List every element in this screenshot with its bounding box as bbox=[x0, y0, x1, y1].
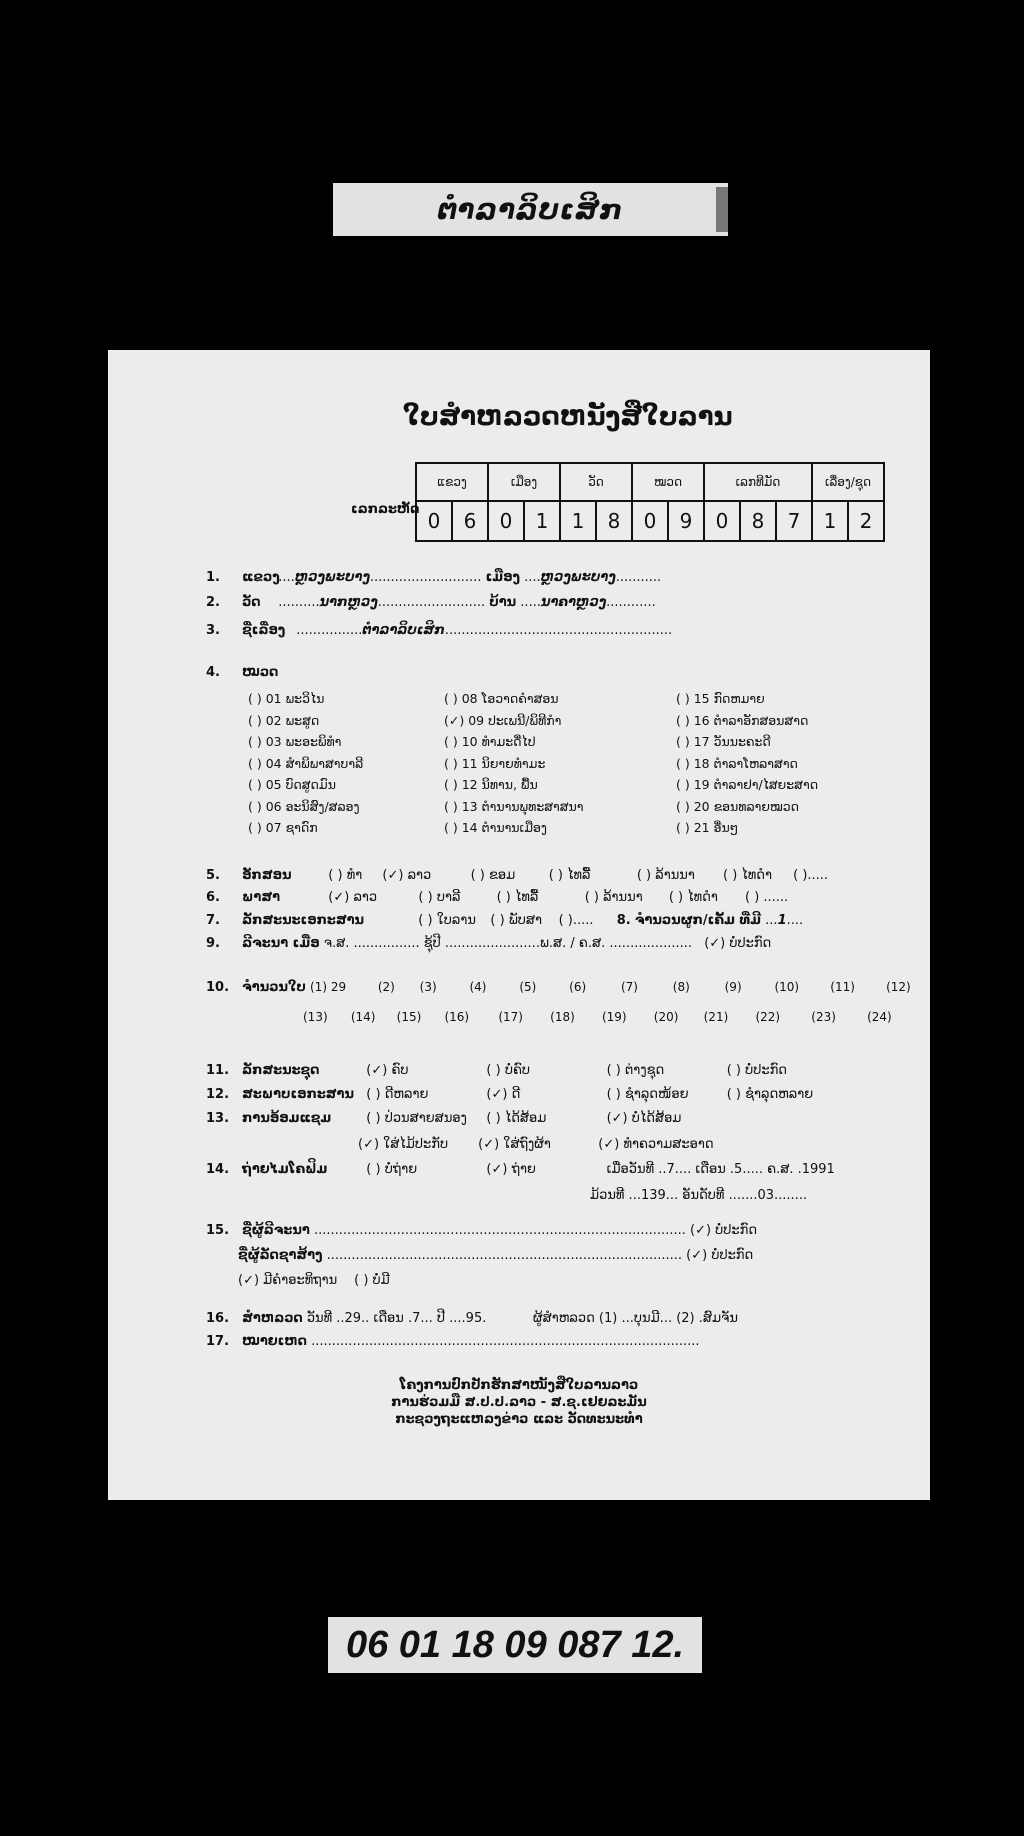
code-digit: 1 bbox=[812, 501, 848, 541]
category-col-1: ( ) 01 ພະວິໄນ ( ) 02 ພະສູດ ( ) 03 ພະອະພິ… bbox=[248, 688, 363, 839]
repair-option[interactable]: ( ) ໄດ້ສ້ອມ bbox=[486, 1111, 602, 1126]
code-digit: 9 bbox=[668, 501, 704, 541]
category-option[interactable]: ( ) 13 ຕຳນານພຸທະສາສນາ bbox=[444, 796, 584, 818]
microfilm-date: ເມື່ອວັນທີ ..7.... ເດືອນ .5..... ຄ.ສ. .1… bbox=[607, 1162, 835, 1177]
category-option[interactable]: ( ) 14 ຕຳນານເມືອງ bbox=[444, 817, 584, 839]
category-option[interactable]: ( ) 01 ພະວິໄນ bbox=[248, 688, 363, 710]
language-option[interactable]: ( ) ໄທດຳ bbox=[669, 890, 741, 905]
script-option[interactable]: ( ) ຂອມ bbox=[471, 868, 545, 883]
surveyor-names: ຜູ້ສຳຫລວດ (1) ...ບຸນມີ... (2) .ສົມຈັນ bbox=[533, 1311, 738, 1326]
field-survey-date: 16. ສຳຫລວດ ວັນທີ ..29.. ເດືອນ .7... ປີ .… bbox=[206, 1311, 738, 1326]
code-digit: 0 bbox=[488, 501, 524, 541]
field-microfilm: 14. ຖ່າຍໄມໂຄຟິມ ( ) ບໍ່ຖ່າຍ (✓) ຖ່າຍ ເມື… bbox=[206, 1162, 835, 1177]
script-option[interactable]: ( ) ໄທດຳ bbox=[723, 868, 789, 883]
code-label: ເລກລະຫັດ bbox=[351, 502, 420, 517]
code-digit: 0 bbox=[632, 501, 668, 541]
script-option[interactable]: ( ) ທຳ bbox=[328, 868, 378, 883]
wish-option[interactable]: ( ) ບໍ່ມີ bbox=[354, 1273, 390, 1288]
microfilm-code-label: 06 01 18 09 087 12. bbox=[328, 1617, 702, 1673]
category-option[interactable]: ( ) 20 ຂອນທລາຍໝວດ bbox=[676, 796, 818, 818]
code-header: ເລກທີມັດ bbox=[704, 463, 812, 501]
script-option[interactable]: ( ) ໄທລື້ bbox=[549, 868, 633, 883]
repair-option-checked[interactable]: (✓) ໃສ່ຖົງຜ້າ bbox=[478, 1137, 594, 1152]
microfilm-code-text: 06 01 18 09 087 12. bbox=[346, 1624, 684, 1667]
category-option[interactable]: ( ) 18 ຕຳລາໂຫລາສາດ bbox=[676, 753, 818, 775]
field-written-date: 9. ລີຈະນາ ເມື່ອ ຈ.ສ. ................ ຊຸ… bbox=[206, 936, 771, 951]
field-repair: 13. ການອ້ອມແຊມ ( ) ປ່ວນສາຍສນອງ ( ) ໄດ້ສ້… bbox=[206, 1111, 681, 1126]
category-option[interactable]: ( ) 17 ວັນນະຄະດີ bbox=[676, 731, 818, 753]
written-date-unknown-option[interactable]: (✓) ບໍ່ປະກົດ bbox=[704, 936, 771, 951]
organization-footer: ໂຄງການປົກປັກຮັກສາໜັງສືໃບລານລາວ ການຮ່ວມມື… bbox=[108, 1377, 930, 1428]
field-condition: 12. ສະພາບເອກະສານ ( ) ດີຫລາຍ (✓) ດີ ( ) ຊ… bbox=[206, 1087, 813, 1102]
category-option[interactable]: ( ) 08 ໂອວາດຄຳສອນ bbox=[444, 688, 584, 710]
field-sponsor: ຊື່ຜູ້ລັດຊາສ້າງ ........................… bbox=[238, 1248, 753, 1263]
category-option-checked[interactable]: (✓) 09 ປະເພນີ/ພິທີກຳ bbox=[444, 710, 584, 732]
doctype-option[interactable]: ( ) ພັບສາ bbox=[490, 913, 554, 928]
field-wish: (✓) ມີຄຳອະທິຖານ ( ) ບໍ່ມີ bbox=[238, 1273, 390, 1288]
code-digit: 1 bbox=[560, 501, 596, 541]
completeness-option-checked[interactable]: (✓) ຄົບ bbox=[366, 1063, 482, 1078]
condition-option[interactable]: ( ) ຊຳລຸດໜ້ອຍ bbox=[607, 1087, 723, 1102]
field-author: 15. ຊື່ຜູ້ລີຈະນາ .......................… bbox=[206, 1223, 757, 1238]
microfilm-option[interactable]: ( ) ບໍ່ຖ່າຍ bbox=[366, 1162, 482, 1177]
repair-option-checked[interactable]: (✓) ທຳຄວາມສະອາດ bbox=[598, 1137, 713, 1152]
sponsor-unknown-option[interactable]: (✓) ບໍ່ປະກົດ bbox=[686, 1248, 753, 1263]
doctype-option[interactable]: ( )..... bbox=[559, 913, 613, 928]
code-header: ວັດ bbox=[560, 463, 632, 501]
condition-option-checked[interactable]: (✓) ດີ bbox=[486, 1087, 602, 1102]
microfilm-option-checked[interactable]: (✓) ຖ່າຍ bbox=[486, 1162, 602, 1177]
leaf-count-row-2: (13) (14) (15) (16) (17) (18) (19) (20) … bbox=[303, 1010, 892, 1024]
category-option[interactable]: ( ) 06 ອະນິສົງ/ສລອງ bbox=[248, 796, 363, 818]
script-option-checked[interactable]: (✓) ລາວ bbox=[382, 868, 466, 883]
condition-option[interactable]: ( ) ດີຫລາຍ bbox=[366, 1087, 482, 1102]
completeness-option[interactable]: ( ) ບໍ່ປະກົດ bbox=[727, 1063, 787, 1078]
doctype-option[interactable]: ( ) ໃບລານ bbox=[418, 913, 486, 928]
field-province: 1. ແຂວງ ....ຫຼວງພະບາງ...................… bbox=[206, 570, 661, 585]
category-option[interactable]: ( ) 10 ທຳມະດື່ໄປ bbox=[444, 731, 584, 753]
code-header: ເມືອງ bbox=[488, 463, 560, 501]
field-set-completeness: 11. ລັກສະນະຊຸດ (✓) ຄົບ ( ) ບໍ່ຄົບ ( ) ຕ່… bbox=[206, 1063, 787, 1078]
code-header: ແຂວງ bbox=[416, 463, 488, 501]
survey-date-value: ວັນທີ ..29.. ເດືອນ .7... ປີ ....95. bbox=[307, 1311, 529, 1326]
code-table: ແຂວງ ເມືອງ ວັດ ໝວດ ເລກທີມັດ ເລື່ອງ/ຊຸດ 0… bbox=[415, 462, 885, 542]
field-temple: 2. ວັດ ..........ນາກຫຼວງ................… bbox=[206, 595, 656, 610]
leaf-count-row-1: (1) 29 (2) (3) (4) (5) (6) (7) (8) (9) (… bbox=[310, 980, 911, 994]
tape-edge bbox=[716, 187, 728, 232]
author-unknown-option[interactable]: (✓) ບໍ່ປະກົດ bbox=[690, 1223, 757, 1238]
language-option[interactable]: ( ) ...... bbox=[745, 890, 788, 905]
code-header: ເລື່ອງ/ຊຸດ bbox=[812, 463, 884, 501]
language-option[interactable]: ( ) ໄທລື້ bbox=[497, 890, 581, 905]
wish-option-checked[interactable]: (✓) ມີຄຳອະທິຖານ bbox=[238, 1273, 350, 1288]
field-remarks: 17. ໝາຍເຫດ .............................… bbox=[206, 1334, 700, 1349]
category-option[interactable]: ( ) 15 ກົດຫມາຍ bbox=[676, 688, 818, 710]
survey-form-page: ໃບສຳຫລວດຫນັງສືໃບລານ ເລກລະຫັດ ແຂວງ ເມືອງ … bbox=[108, 350, 930, 1500]
category-option[interactable]: ( ) 04 ສຳພິພາສາບາລີ bbox=[248, 753, 363, 775]
field-document-type: 7. ລັກສະນະເອກະສານ ( ) ໃບລານ ( ) ພັບສາ ( … bbox=[206, 913, 803, 928]
field-leaf-count: 10. ຈຳນວນໃບ bbox=[206, 980, 298, 995]
story-title-value: ຕຳລາລິບເສິກ bbox=[362, 623, 445, 638]
repair-option-checked[interactable]: (✓) ໃສ່ໄມ້ປະກັບ bbox=[358, 1137, 474, 1152]
language-option[interactable]: ( ) ລ້ານນາ bbox=[585, 890, 665, 905]
language-option[interactable]: ( ) ບາລີ bbox=[418, 890, 492, 905]
category-option[interactable]: ( ) 16 ຕຳລາອັກສອນສາດ bbox=[676, 710, 818, 732]
temple-value: ນາກຫຼວງ bbox=[320, 595, 378, 610]
field-script: 5. ອັກສອນ ( ) ທຳ (✓) ລາວ ( ) ຂອມ ( ) ໄທລ… bbox=[206, 868, 828, 883]
condition-option[interactable]: ( ) ຊຳລຸດຫລາຍ bbox=[727, 1087, 813, 1102]
microfilm-title-label: ຕຳລາລິບເສິກ bbox=[333, 183, 728, 236]
field-language: 6. ພາສາ (✓) ລາວ ( ) ບາລີ ( ) ໄທລື້ ( ) ລ… bbox=[206, 890, 788, 905]
field-repair-extra: (✓) ໃສ່ໄມ້ປະກັບ (✓) ໃສ່ຖົງຜ້າ (✓) ທຳຄວາມ… bbox=[358, 1137, 714, 1152]
code-digit: 0 bbox=[416, 501, 452, 541]
completeness-option[interactable]: ( ) ຕ່າງຊຸດ bbox=[607, 1063, 723, 1078]
field-category: 4. ໝວດ bbox=[206, 665, 278, 680]
code-digit: 2 bbox=[848, 501, 884, 541]
category-option[interactable]: ( ) 19 ຕຳລາຢາ/ໄສຍະສາດ bbox=[676, 774, 818, 796]
province-value: ຫຼວງພະບາງ bbox=[295, 570, 370, 585]
category-option[interactable]: ( ) 02 ພະສູດ bbox=[248, 710, 363, 732]
microfilm-title-text: ຕຳລາລິບເສິກ bbox=[438, 193, 624, 226]
bundle-count-value: 1 bbox=[778, 913, 787, 928]
code-header: ໝວດ bbox=[632, 463, 704, 501]
script-option[interactable]: ( ) ລ້ານນາ bbox=[637, 868, 719, 883]
code-digit: 0 bbox=[704, 501, 740, 541]
category-option[interactable]: ( ) 05 ບົດສູດມົນ bbox=[248, 774, 363, 796]
code-digit: 7 bbox=[776, 501, 812, 541]
category-option[interactable]: ( ) 03 ພະອະພິທຳ bbox=[248, 731, 363, 753]
category-col-2: ( ) 08 ໂອວາດຄຳສອນ (✓) 09 ປະເພນີ/ພິທີກຳ (… bbox=[444, 688, 584, 839]
village-value: ນາຄາຫຼວງ bbox=[541, 595, 606, 610]
repair-option-checked[interactable]: (✓) ບໍ່ໄດ້ສ້ອມ bbox=[607, 1111, 682, 1126]
category-option[interactable]: ( ) 12 ນິທານ, ພື້ນ bbox=[444, 774, 584, 796]
repair-option[interactable]: ( ) ປ່ວນສາຍສນອງ bbox=[366, 1111, 482, 1126]
category-col-3: ( ) 15 ກົດຫມາຍ ( ) 16 ຕຳລາອັກສອນສາດ ( ) … bbox=[676, 688, 818, 839]
category-option[interactable]: ( ) 21 ອື່ນໆ bbox=[676, 817, 818, 839]
category-option[interactable]: ( ) 07 ຊາດົກ bbox=[248, 817, 363, 839]
page-title: ໃບສຳຫລວດຫນັງສືໃບລານ bbox=[403, 402, 733, 432]
language-option-checked[interactable]: (✓) ລາວ bbox=[328, 890, 414, 905]
code-digit: 8 bbox=[740, 501, 776, 541]
code-digit: 8 bbox=[596, 501, 632, 541]
completeness-option[interactable]: ( ) ບໍ່ຄົບ bbox=[486, 1063, 602, 1078]
field-story-title: 3. ຊື່ເລື່ອງ ................ຕຳລາລິບເສິກ… bbox=[206, 623, 672, 638]
code-digit: 6 bbox=[452, 501, 488, 541]
script-option[interactable]: ( )..... bbox=[793, 868, 828, 883]
district-value: ຫຼວງພະບາງ bbox=[541, 570, 616, 585]
code-digit: 1 bbox=[524, 501, 560, 541]
microfilm-roll: ມ້ວນທີ ...139... ອັນດັບທີ .......03.....… bbox=[590, 1188, 807, 1203]
category-option[interactable]: ( ) 11 ນິຍາຍທຳມະ bbox=[444, 753, 584, 775]
